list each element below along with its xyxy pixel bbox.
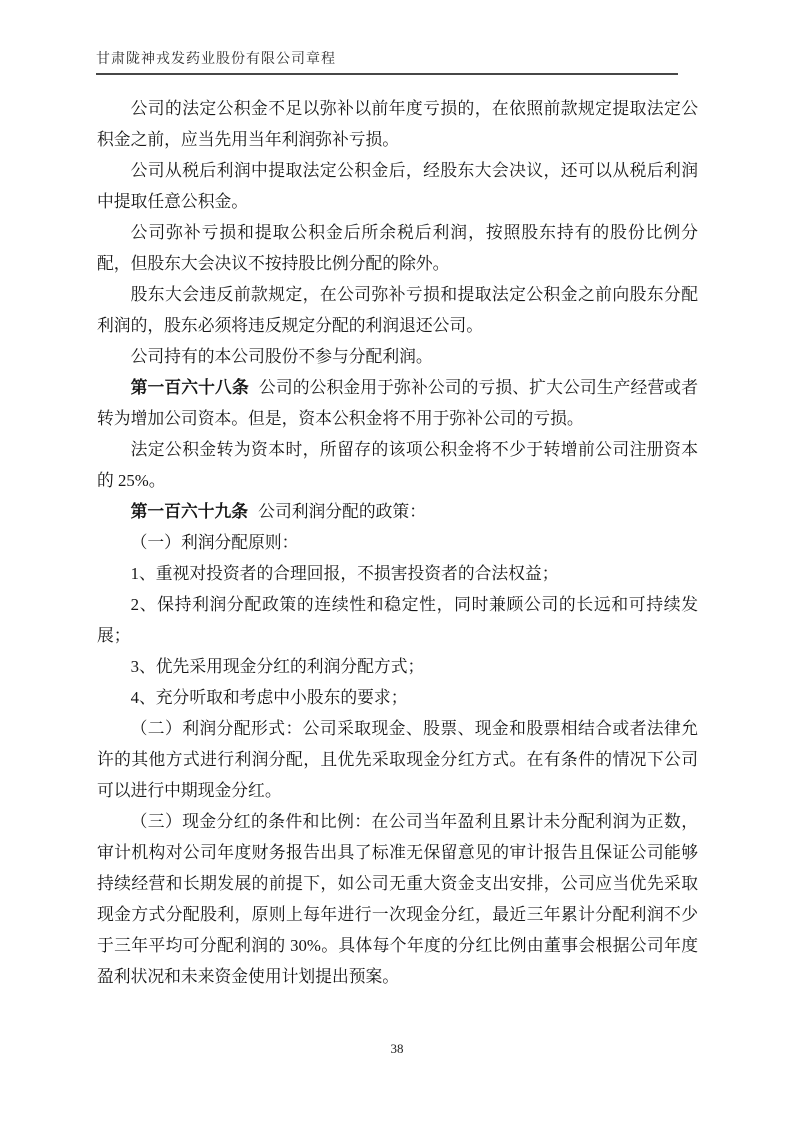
paragraph: 公司弥补亏损和提取公积金后所余税后利润，按照股东持有的股份比例分配，但股东大会决… <box>97 217 698 279</box>
paragraph: 法定公积金转为资本时，所留存的该项公积金将不少于转增前公司注册资本的 25%。 <box>97 434 698 496</box>
paragraph-text: 3、优先采用现金分红的利润分配方式； <box>131 657 425 676</box>
paragraph: 公司从税后利润中提取法定公积金后，经股东大会决议，还可以从税后利润中提取任意公积… <box>97 155 698 217</box>
document-body: 公司的法定公积金不足以弥补以前年度亏损的，在依照前款规定提取法定公积金之前，应当… <box>97 93 698 992</box>
article-paragraph-168: 第一百六十八条公司的公积金用于弥补公司的亏损、扩大公司生产经营或者转为增加公司资… <box>97 372 698 434</box>
paragraph-text: 公司从税后利润中提取法定公积金后，经股东大会决议，还可以从税后利润中提取任意公积… <box>97 161 698 211</box>
paragraph: 股东大会违反前款规定，在公司弥补亏损和提取法定公积金之前向股东分配利润的，股东必… <box>97 279 698 341</box>
list-item: （三）现金分红的条件和比例：在公司当年盈利且累计未分配利润为正数，审计机构对公司… <box>97 806 698 992</box>
paragraph-text: （二）利润分配形式：公司采取现金、股票、现金和股票相结合或者法律允许的其他方式进… <box>97 719 698 800</box>
paragraph-text: 1、重视对投资者的合理回报，不损害投资者的合法权益； <box>131 564 559 583</box>
paragraph-text: （三）现金分红的条件和比例：在公司当年盈利且累计未分配利润为正数，审计机构对公司… <box>97 812 698 986</box>
list-item: 1、重视对投资者的合理回报，不损害投资者的合法权益； <box>97 558 698 589</box>
list-item: 2、保持利润分配政策的连续性和稳定性，同时兼顾公司的长远和可持续发展； <box>97 589 698 651</box>
paragraph-text: 法定公积金转为资本时，所留存的该项公积金将不少于转增前公司注册资本的 25%。 <box>97 440 698 490</box>
document-page: 甘肃陇神戎发药业股份有限公司章程 公司的法定公积金不足以弥补以前年度亏损的，在依… <box>0 0 794 1122</box>
paragraph-text: （一）利润分配原则： <box>131 533 299 552</box>
article-number-label: 第一百六十九条 <box>131 502 248 521</box>
paragraph: 公司的法定公积金不足以弥补以前年度亏损的，在依照前款规定提取法定公积金之前，应当… <box>97 93 698 155</box>
paragraph-text: 2、保持利润分配政策的连续性和稳定性，同时兼顾公司的长远和可持续发展； <box>97 595 698 645</box>
header-title: 甘肃陇神戎发药业股份有限公司章程 <box>96 52 336 67</box>
paragraph-text: 4、充分听取和考虑中小股东的要求； <box>131 688 408 707</box>
article-number-label: 第一百六十八条 <box>131 378 249 397</box>
paragraph-text: 公司利润分配的政策： <box>258 502 426 521</box>
paragraph-text: 股东大会违反前款规定，在公司弥补亏损和提取法定公积金之前向股东分配利润的，股东必… <box>97 285 698 335</box>
list-item: （一）利润分配原则： <box>97 527 698 558</box>
paragraph: 公司持有的本公司股份不参与分配利润。 <box>97 341 698 372</box>
list-item: 3、优先采用现金分红的利润分配方式； <box>97 651 698 682</box>
paragraph-text: 公司的法定公积金不足以弥补以前年度亏损的，在依照前款规定提取法定公积金之前，应当… <box>97 99 698 149</box>
article-paragraph-169: 第一百六十九条公司利润分配的政策： <box>97 496 698 527</box>
list-item: （二）利润分配形式：公司采取现金、股票、现金和股票相结合或者法律允许的其他方式进… <box>97 713 698 806</box>
paragraph-text: 公司弥补亏损和提取公积金后所余税后利润，按照股东持有的股份比例分配，但股东大会决… <box>97 223 698 273</box>
list-item: 4、充分听取和考虑中小股东的要求； <box>97 682 698 713</box>
page-footer: 38 <box>0 1040 794 1058</box>
page-header: 甘肃陇神戎发药业股份有限公司章程 <box>96 48 678 75</box>
page-number: 38 <box>391 1041 404 1056</box>
paragraph-text: 公司持有的本公司股份不参与分配利润。 <box>131 347 433 366</box>
